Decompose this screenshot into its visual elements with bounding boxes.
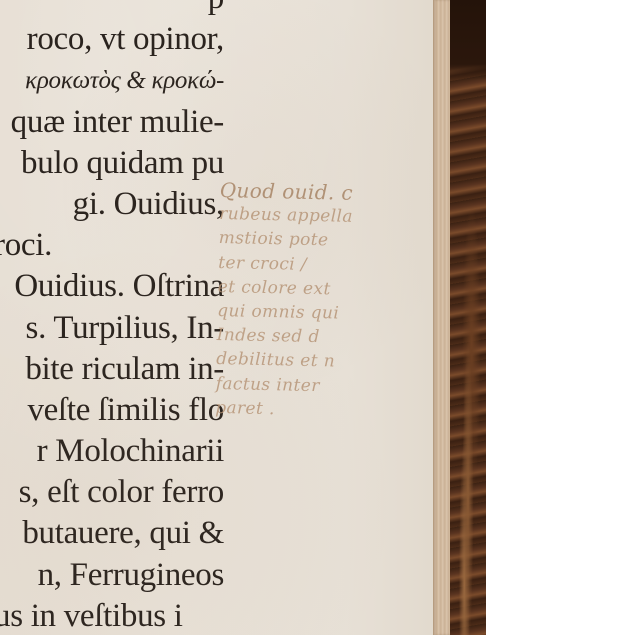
printed-line: quæ inter mulie- bbox=[0, 102, 224, 143]
printed-line: veſte ſimilis flo bbox=[0, 390, 224, 431]
marginalia-line: debilitus et n bbox=[216, 347, 426, 376]
printed-line: p bbox=[0, 0, 224, 19]
marginalia-line: paret . bbox=[215, 396, 425, 425]
printed-line: us in veſtibus i bbox=[0, 596, 224, 635]
book-page: p roco, vt opinor, κροκωτὸς & κροκώ- quæ… bbox=[0, 0, 433, 635]
printed-line: Ouidius. Oſtrina bbox=[0, 266, 224, 307]
marbled-cover-board bbox=[450, 0, 486, 635]
printed-line: roco, vt opinor, bbox=[0, 19, 224, 60]
cover-shadow bbox=[450, 0, 486, 80]
printed-text-column: p roco, vt opinor, κροκωτὸς & κροκώ- quæ… bbox=[0, 0, 224, 635]
white-background bbox=[486, 0, 635, 635]
printed-line: bite riculam in- bbox=[0, 349, 224, 390]
printed-line: roci. bbox=[0, 225, 224, 266]
printed-line-greek: κροκωτὸς & κροκώ- bbox=[0, 60, 224, 101]
printed-line: n, Ferrugineos bbox=[0, 555, 224, 596]
handwritten-marginalia: Quod ouid. c rubeus appella mstiois pote… bbox=[215, 178, 430, 424]
book-photo: p roco, vt opinor, κροκωτὸς & κροκώ- quæ… bbox=[0, 0, 635, 635]
printed-line: butauere, qui & bbox=[0, 513, 224, 554]
printed-line: gi. Ouidius, bbox=[0, 184, 224, 225]
printed-line: s, eſt color ferro bbox=[0, 472, 224, 513]
printed-line: bulo quidam pu bbox=[0, 143, 224, 184]
printed-line: s. Turpilius, In- bbox=[0, 308, 224, 349]
page-edges bbox=[433, 0, 450, 635]
printed-line: r Molochinarii bbox=[0, 431, 224, 472]
